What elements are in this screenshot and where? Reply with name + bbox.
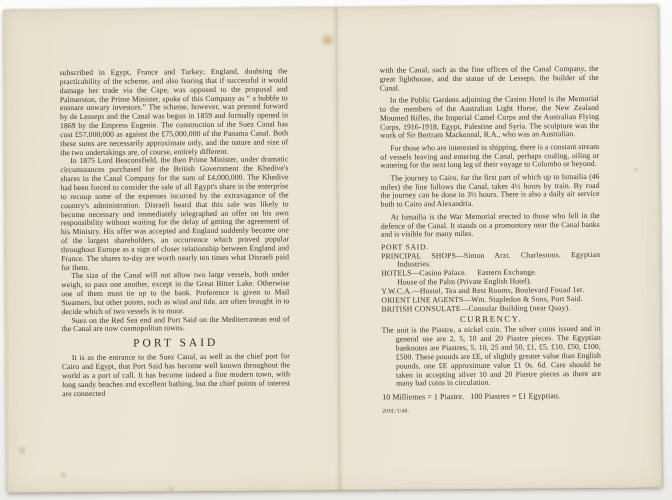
currency-conversion-line: 10 Milliemes = 1 Piastre. 100 Piastres =… [382,392,601,403]
port-said-directory: PORT SAID. PRINCIPAL SHOPS—Simon Arzt. C… [381,242,601,314]
paragraph-journey-to-cairo: The journey to Cairo, for the first part… [380,173,599,210]
scanner-background: subscribed in Egypt, France and Turkey; … [0,0,672,500]
page-fold-crease [331,7,345,490]
scanned-booklet-sheet: subscribed in Egypt, France and Turkey; … [3,4,662,492]
paragraph-cosmopolitan-towns: Suez on the Red Sea end and Port Said on… [62,315,290,334]
foxing-spot [17,445,28,455]
paragraph-shipping-stream: For those who are interested in shipping… [380,143,599,171]
foxing-spot [319,33,335,47]
directory-item-principal-shops: PRINCIPAL SHOPS—Simon Arzt. Charlestons.… [381,250,600,269]
paragraph-suez-subscription: subscribed in Egypt, France and Turkey; … [60,67,289,157]
currency-heading: CURRENCY. [382,314,601,325]
paragraph-port-said-intro: It is as the entrance to the Suez Canal,… [62,352,290,398]
paragraph-currency: The unit is the Piastre, a nickel coin. … [382,325,601,389]
foxing-spot [167,485,175,492]
paragraph-canal-offices: with the Canal, such as the fine offices… [380,65,599,93]
paragraph-canal-size: The size of the Canal will not allow two… [61,271,289,317]
left-page-text-column: subscribed in Egypt, France and Turkey; … [60,67,291,398]
paragraph-ismailia-war-memorial: At Ismailia is the War Memorial erected … [381,212,600,240]
paragraph-beaconsfield-purchase: In 1875 Lord Beaconsfield, the then Prim… [60,156,289,273]
port-said-heading: PORT SAID [62,339,290,350]
paragraph-public-gardens-memorial: In the Public Gardens adjoining the Casi… [380,95,599,141]
foxing-spot [632,167,639,173]
right-page-text-column: with the Canal, such as the fine offices… [380,65,602,416]
directory-item-british-consulate: BRITISH CONSULATE—Consular Building (nea… [381,303,600,314]
foxing-spot [59,471,68,479]
print-code-imprint: 20M./1/48. [382,405,601,416]
